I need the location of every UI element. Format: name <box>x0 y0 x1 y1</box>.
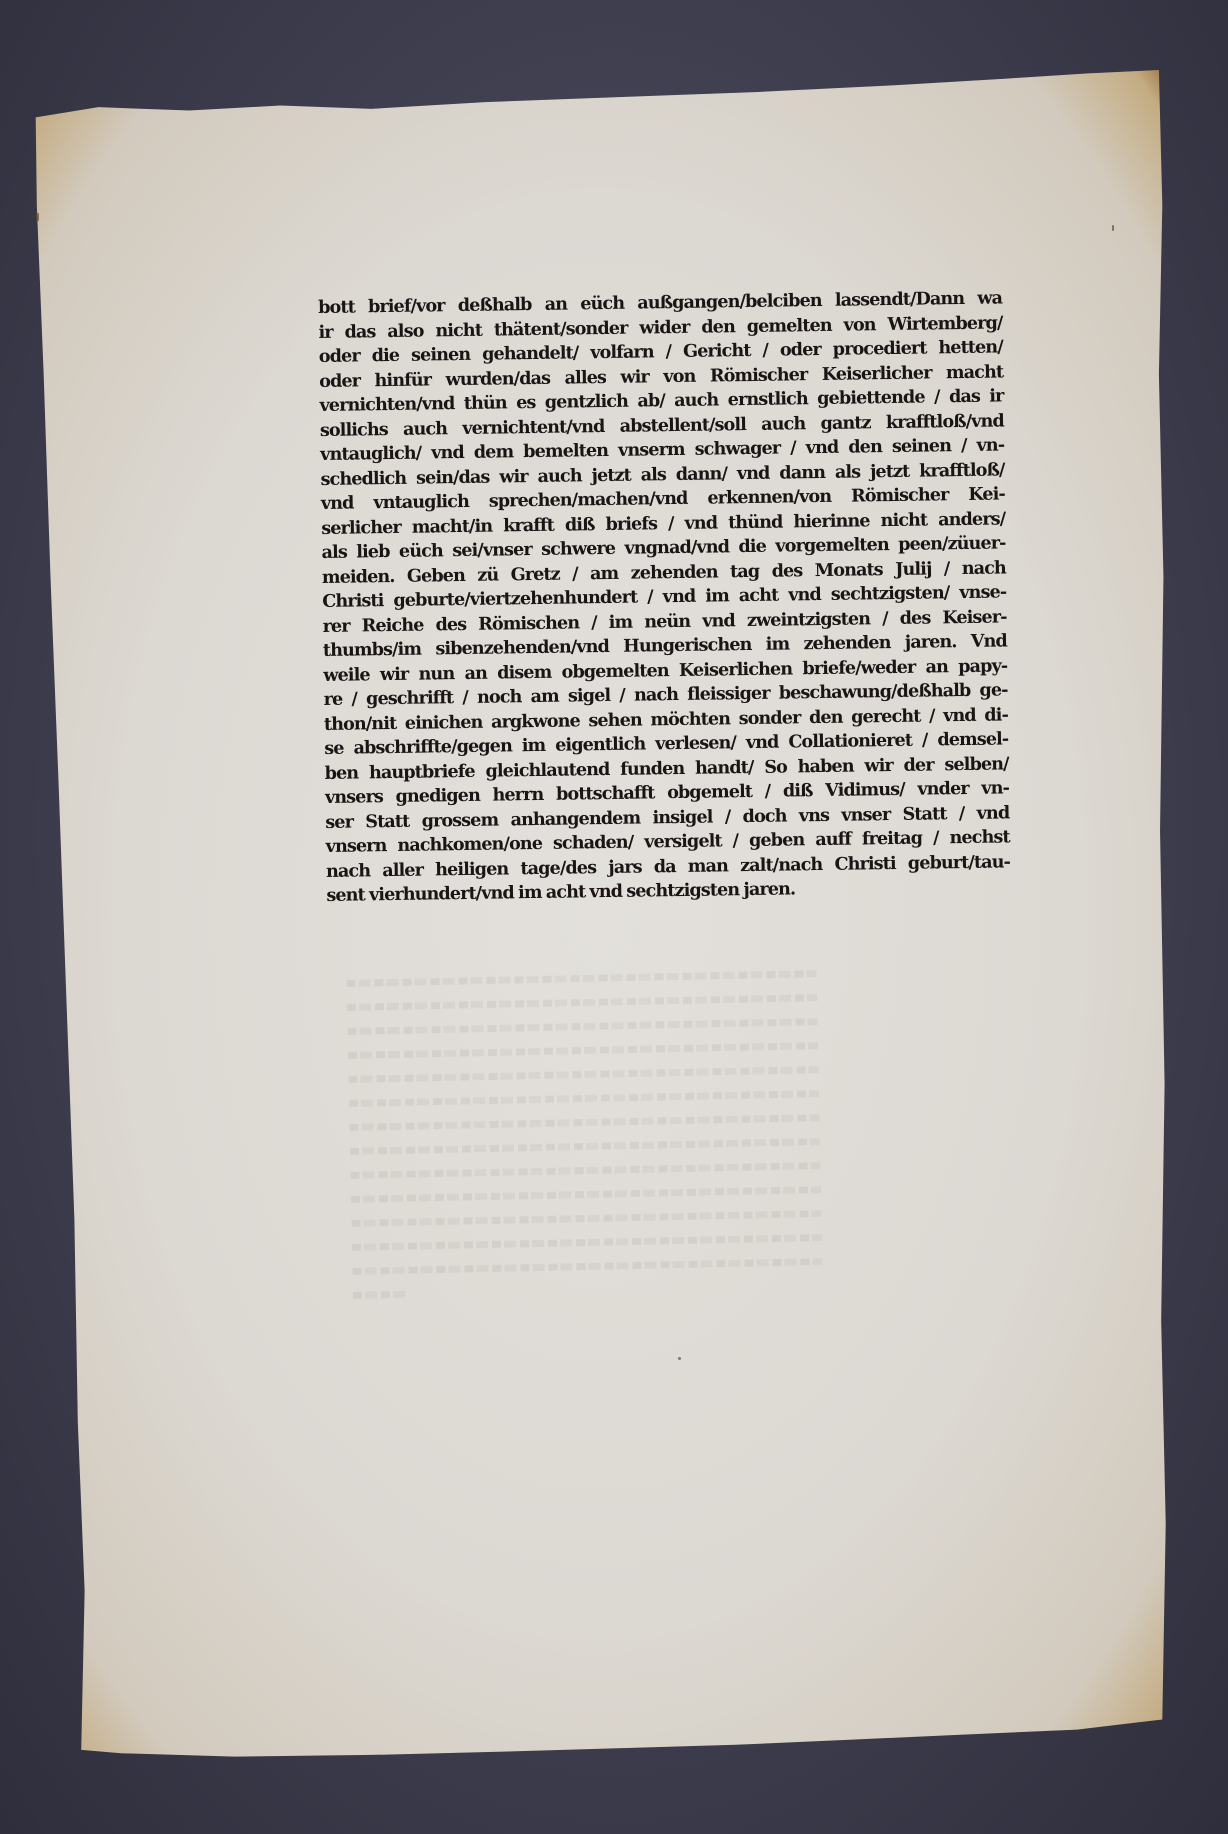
bleed-through-line <box>351 1162 821 1179</box>
paper-speck <box>36 213 39 221</box>
bleed-through-line <box>348 1018 818 1035</box>
paper-speck <box>1112 225 1114 231</box>
bleed-through-line <box>351 1186 821 1203</box>
bleed-through-line <box>352 1234 822 1251</box>
paper-speck <box>678 1357 681 1360</box>
printed-text-block: bott brief/vor deßhalb an eüch außgangen… <box>318 286 1010 908</box>
bleed-through-line <box>349 1066 819 1083</box>
bleed-through-line <box>349 1090 819 1107</box>
bleed-through-line <box>347 994 817 1011</box>
bleed-through-line <box>350 1138 820 1155</box>
bleed-through-line <box>353 1258 823 1275</box>
bleed-through-line <box>348 1042 818 1059</box>
bleed-through-line <box>353 1291 410 1299</box>
bleed-through-line <box>352 1210 822 1227</box>
bleed-through-text <box>347 970 824 1316</box>
bleed-through-line <box>350 1114 820 1131</box>
